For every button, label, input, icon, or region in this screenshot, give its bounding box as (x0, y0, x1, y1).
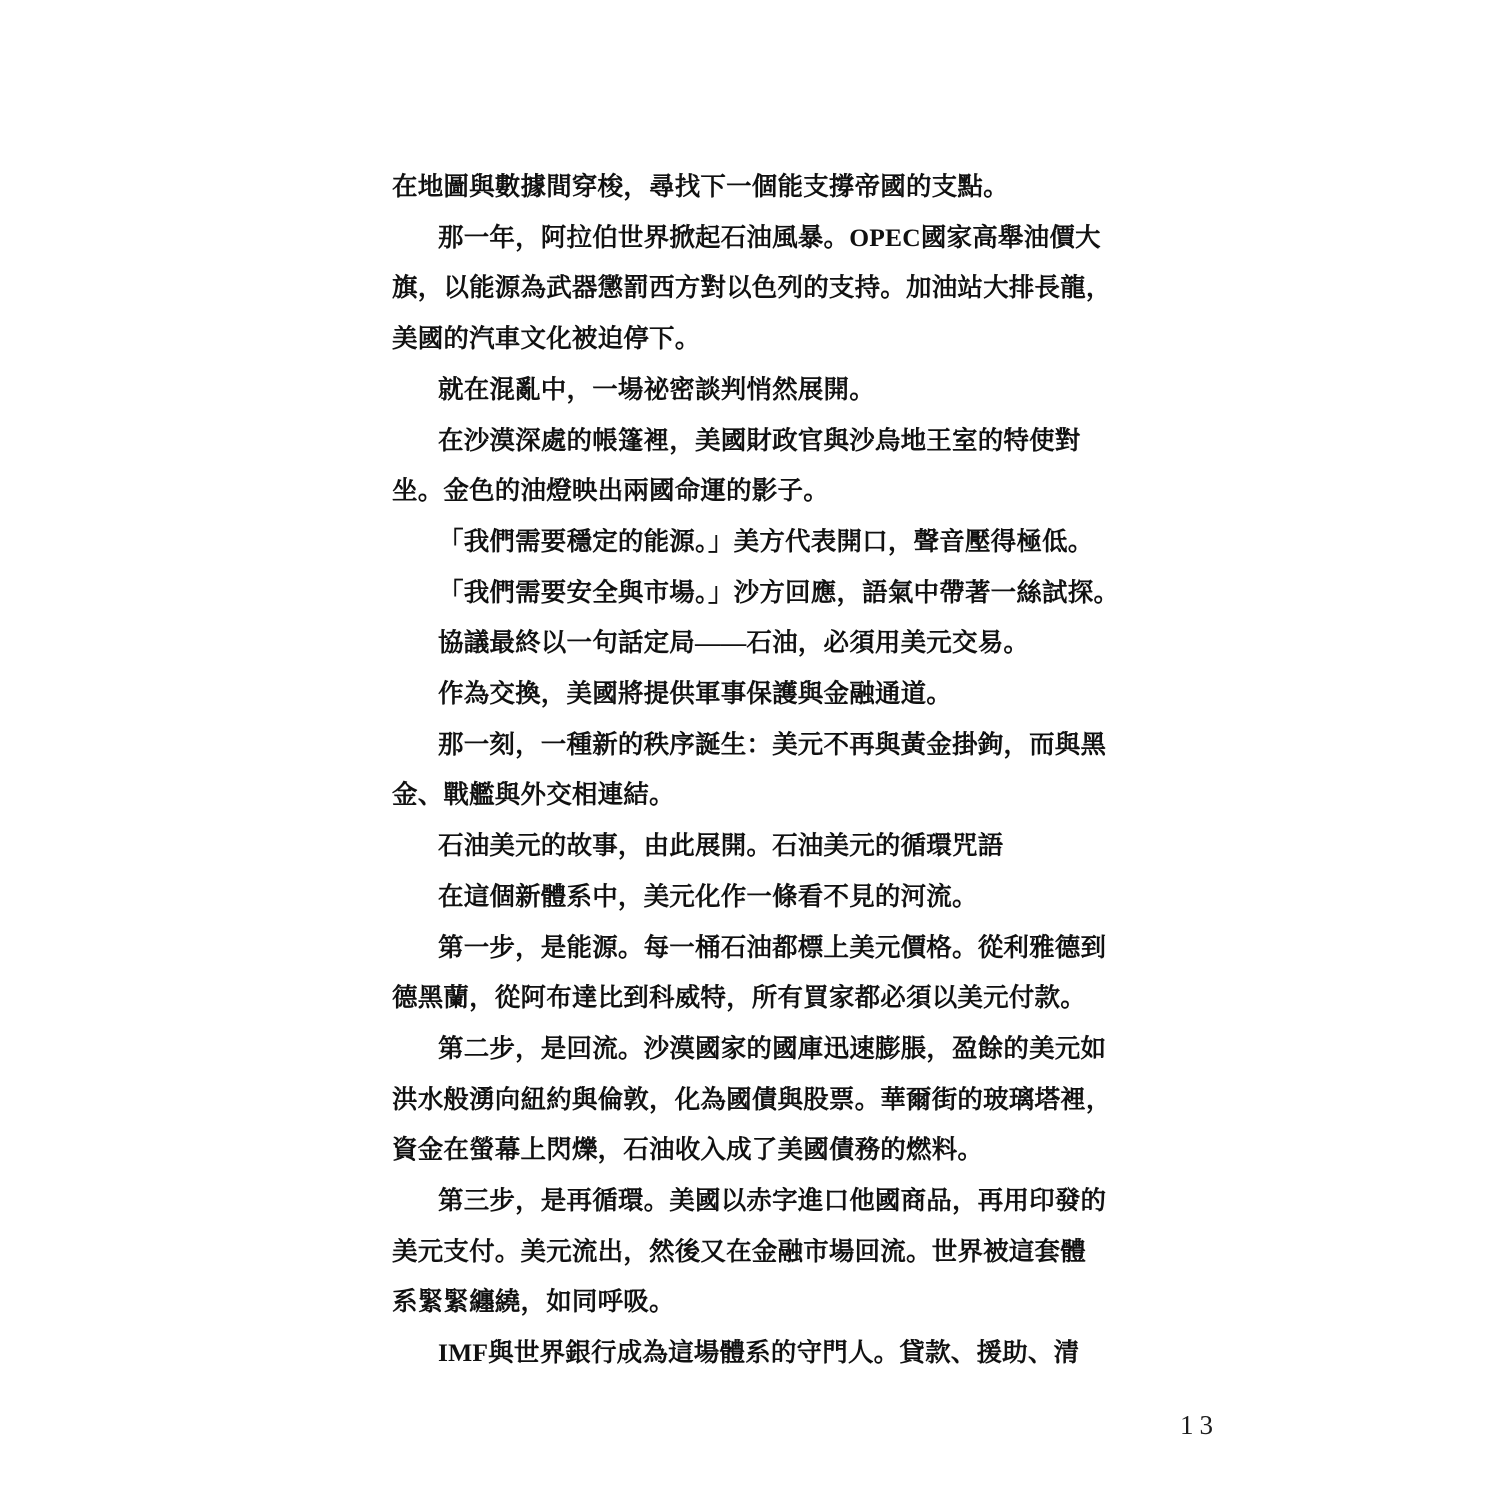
text-line: 那一刻，一種新的秩序誕生：美元不再與黃金掛鉤，而與黑 (392, 720, 1118, 771)
text-line: 坐。金色的油燈映出兩國命運的影子。 (392, 466, 1118, 517)
text-line: 「我們需要穩定的能源。」美方代表開口，聲音壓得極低。 (392, 517, 1118, 568)
text-line: 就在混亂中，一場祕密談判悄然展開。 (392, 365, 1118, 416)
page-text-block: 在地圖與數據間穿梭，尋找下一個能支撐帝國的支點。 那一年，阿拉伯世界掀起石油風暴… (392, 162, 1118, 1379)
text-line: 美元支付。美元流出，然後又在金融市場回流。世界被這套體 (392, 1227, 1118, 1278)
text-line: 在沙漠深處的帳篷裡，美國財政官與沙烏地王室的特使對 (392, 416, 1118, 467)
text-line: 作為交換，美國將提供軍事保護與金融通道。 (392, 669, 1118, 720)
page-number: 13 (1180, 1410, 1219, 1441)
text-line: 石油美元的故事，由此展開。石油美元的循環咒語 (392, 821, 1118, 872)
book-page: 在地圖與數據間穿梭，尋找下一個能支撐帝國的支點。 那一年，阿拉伯世界掀起石油風暴… (0, 0, 1500, 1500)
text-line: 旗，以能源為武器懲罰西方對以色列的支持。加油站大排長龍， (392, 263, 1118, 314)
text-line: 在這個新體系中，美元化作一條看不見的河流。 (392, 872, 1118, 923)
text-line: 德黑蘭，從阿布達比到科威特，所有買家都必須以美元付款。 (392, 973, 1118, 1024)
text-line: 協議最終以一句話定局——石油，必須用美元交易。 (392, 618, 1118, 669)
text-line: 洪水般湧向紐約與倫敦，化為國債與股票。華爾街的玻璃塔裡， (392, 1075, 1118, 1126)
text-line: 系緊緊纏繞，如同呼吸。 (392, 1277, 1118, 1328)
text-line: 第二步，是回流。沙漠國家的國庫迅速膨脹，盈餘的美元如 (392, 1024, 1118, 1075)
text-line: IMF與世界銀行成為這場體系的守門人。貸款、援助、清 (392, 1328, 1118, 1379)
text-line: 那一年，阿拉伯世界掀起石油風暴。OPEC國家高舉油價大 (392, 213, 1118, 264)
text-line: 第一步，是能源。每一桶石油都標上美元價格。從利雅德到 (392, 923, 1118, 974)
text-line: 第三步，是再循環。美國以赤字進口他國商品，再用印發的 (392, 1176, 1118, 1227)
text-line: 資金在螢幕上閃爍，石油收入成了美國債務的燃料。 (392, 1125, 1118, 1176)
text-line: 在地圖與數據間穿梭，尋找下一個能支撐帝國的支點。 (392, 162, 1118, 213)
text-line: 「我們需要安全與市場。」沙方回應，語氣中帶著一絲試探。 (392, 568, 1118, 619)
text-line: 金、戰艦與外交相連結。 (392, 770, 1118, 821)
text-line: 美國的汽車文化被迫停下。 (392, 314, 1118, 365)
